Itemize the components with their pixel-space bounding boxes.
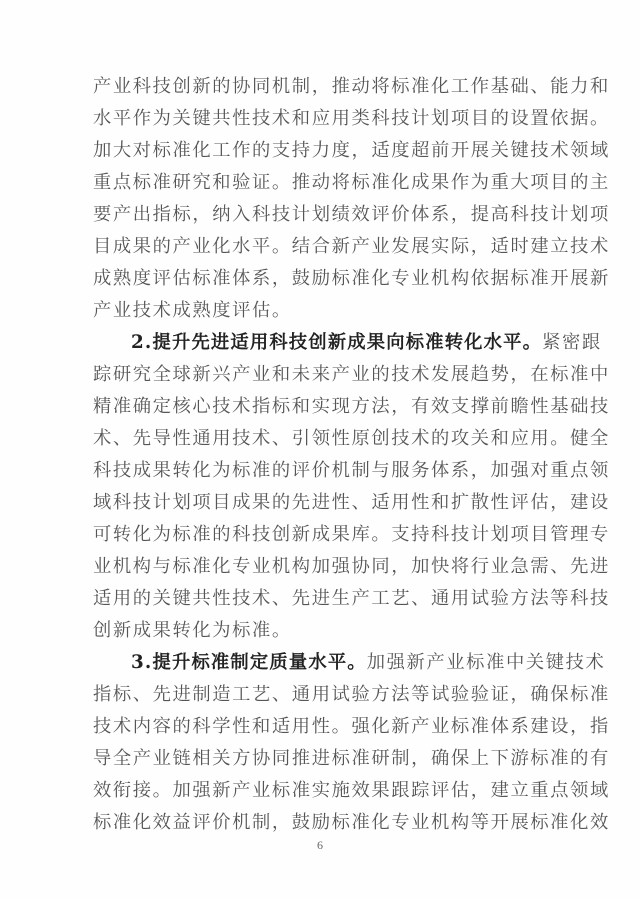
paragraph-3: 3.提升标准制定质量水平。加强新产业标准中关键技术 指标、先进制造工艺、通用试验… bbox=[93, 647, 548, 839]
text-line: 适用的关键共性技术、先进生产工艺、通用试验方法等科技 bbox=[93, 583, 548, 615]
text-line: 业机构与标准化专业机构加强协同，加快将行业急需、先进 bbox=[93, 551, 548, 583]
text-line: 水平作为关键共性技术和应用类科技计划项目的设置依据。 bbox=[93, 103, 548, 135]
text-line: 技术内容的科学性和适用性。强化新产业标准体系建设，指 bbox=[93, 711, 548, 743]
section-heading-3: 3.提升标准制定质量水平。 bbox=[131, 652, 367, 673]
text-fragment: 加强新产业标准中关键技术 bbox=[367, 652, 606, 673]
text-line: 效衔接。加强新产业标准实施效果跟踪评估，建立重点领域 bbox=[93, 775, 548, 807]
text-fragment: 紧密跟 bbox=[542, 332, 602, 353]
text-line: 精准确定核心技术指标和实现方法，有效支撑前瞻性基础技 bbox=[93, 391, 548, 423]
paragraph-1: 产业科技创新的协同机制，推动将标准化工作基础、能力和 水平作为关键共性技术和应用… bbox=[93, 71, 548, 327]
text-line: 加大对标准化工作的支持力度，适度超前开展关键技术领域 bbox=[93, 135, 548, 167]
text-line: 域科技计划项目成果的先进性、适用性和扩散性评估，建设 bbox=[93, 487, 548, 519]
page-number: 6 bbox=[312, 838, 328, 853]
text-line: 产业技术成熟度评估。 bbox=[93, 295, 548, 327]
text-line: 产业科技创新的协同机制，推动将标准化工作基础、能力和 bbox=[93, 71, 548, 103]
text-line: 指标、先进制造工艺、通用试验方法等试验验证，确保标准 bbox=[93, 679, 548, 711]
paragraph-2: 2.提升先进适用科技创新成果向标准转化水平。紧密跟 踪研究全球新兴产业和未来产业… bbox=[93, 327, 548, 647]
text-line: 可转化为标准的科技创新成果库。支持科技计划项目管理专 bbox=[93, 519, 548, 551]
body-text: 产业科技创新的协同机制，推动将标准化工作基础、能力和 水平作为关键共性技术和应用… bbox=[93, 71, 548, 839]
text-line: 2.提升先进适用科技创新成果向标准转化水平。紧密跟 bbox=[93, 327, 548, 359]
text-line: 要产出指标，纳入科技计划绩效评价体系，提高科技计划项 bbox=[93, 199, 548, 231]
text-line: 成熟度评估标准体系，鼓励标准化专业机构依据标准开展新 bbox=[93, 263, 548, 295]
text-line: 踪研究全球新兴产业和未来产业的技术发展趋势，在标准中 bbox=[93, 359, 548, 391]
text-line: 目成果的产业化水平。结合新产业发展实际，适时建立技术 bbox=[93, 231, 548, 263]
text-line: 导全产业链相关方协同推进标准研制，确保上下游标准的有 bbox=[93, 743, 548, 775]
text-line: 3.提升标准制定质量水平。加强新产业标准中关键技术 bbox=[93, 647, 548, 679]
text-line: 重点标准研究和验证。推动将标准化成果作为重大项目的主 bbox=[93, 167, 548, 199]
text-line: 标准化效益评价机制，鼓励标准化专业机构等开展标准化效 bbox=[93, 807, 548, 839]
document-page: 产业科技创新的协同机制，推动将标准化工作基础、能力和 水平作为关键共性技术和应用… bbox=[0, 0, 640, 899]
section-heading-2: 2.提升先进适用科技创新成果向标准转化水平。 bbox=[131, 332, 542, 353]
text-line: 术、先导性通用技术、引领性原创技术的攻关和应用。健全 bbox=[93, 423, 548, 455]
text-line: 创新成果转化为标准。 bbox=[93, 615, 548, 647]
text-line: 科技成果转化为标准的评价机制与服务体系，加强对重点领 bbox=[93, 455, 548, 487]
